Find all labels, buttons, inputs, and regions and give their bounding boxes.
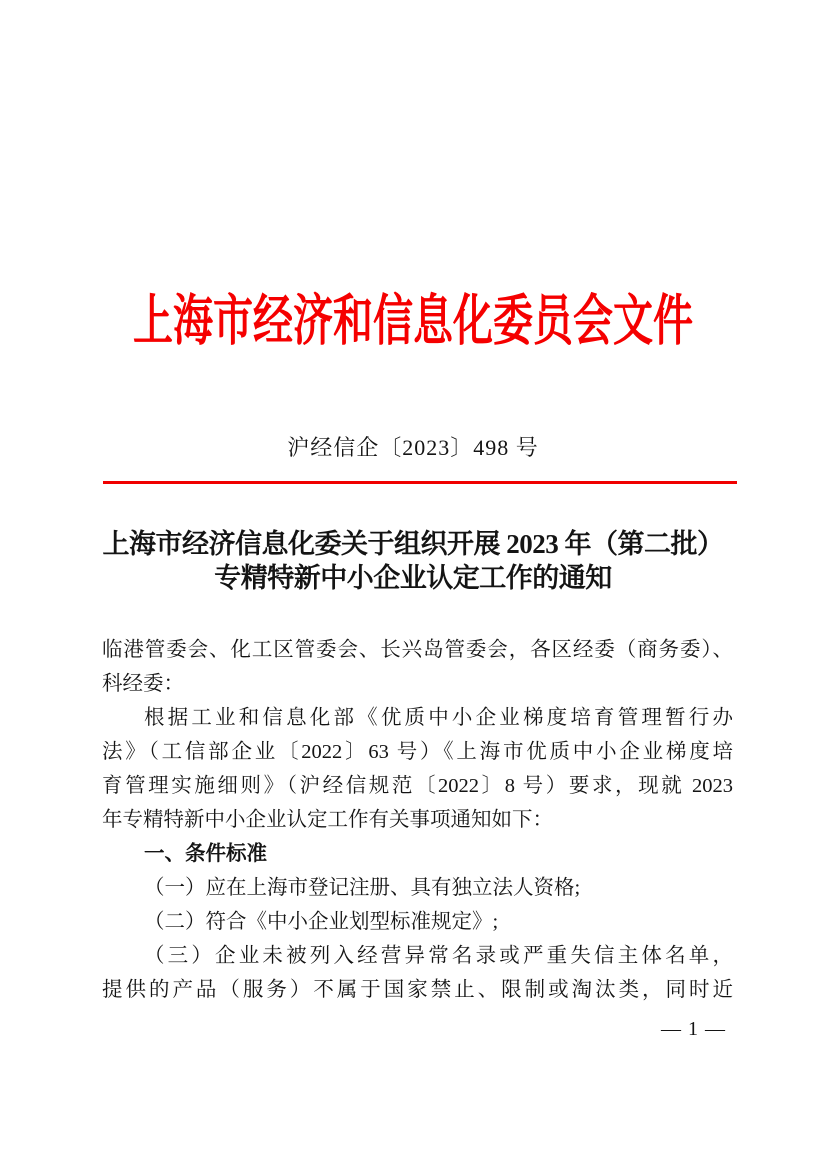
paragraph1-line-4: 年专精特新中小企业认定工作有关事项通知如下： — [102, 803, 733, 837]
section1-heading: 一、条件标准 — [102, 837, 733, 871]
paragraph1-line-1: 根据工业和信息化部《优质中小企业梯度培育管理暂行办 — [102, 701, 733, 735]
notice-title-line2: 专精特新中小企业认定工作的通知 — [0, 561, 826, 595]
section1-item2: （二）符合《中小企业划型标准规定》; — [102, 905, 733, 939]
section1-item1: （一）应在上海市登记注册、具有独立法人资格; — [102, 871, 733, 905]
salutation-line-2: 科经委： — [102, 667, 733, 701]
document-number: 沪经信企〔2023〕498 号 — [0, 433, 826, 463]
page-number: — 1 — — [661, 1016, 726, 1042]
notice-title-line1: 上海市经济信息化委关于组织开展 2023 年（第二批） — [0, 527, 826, 561]
notice-title: 上海市经济信息化委关于组织开展 2023 年（第二批） 专精特新中小企业认定工作… — [0, 527, 826, 595]
paragraph1-line-2: 法》（工信部企业〔2022〕63 号）《上海市优质中小企业梯度培 — [102, 735, 733, 769]
org-header-title: 上海市经济和信息化委员会文件 — [0, 291, 826, 352]
salutation-line-1: 临港管委会、化工区管委会、长兴岛管委会，各区经委（商务委）、 — [102, 633, 733, 667]
document-body: 临港管委会、化工区管委会、长兴岛管委会，各区经委（商务委）、 科经委： 根据工业… — [102, 633, 733, 1007]
section1-item3-line-1: （三）企业未被列入经营异常名录或严重失信主体名单， — [102, 939, 733, 973]
red-divider-line — [103, 481, 737, 484]
document-page: 上海市经济和信息化委员会文件 沪经信企〔2023〕498 号 上海市经济信息化委… — [0, 0, 826, 1169]
section1-item3-line-2: 提供的产品（服务）不属于国家禁止、限制或淘汰类，同时近 — [102, 973, 733, 1007]
paragraph1-line-3: 育管理实施细则》（沪经信规范〔2022〕8 号）要求，现就 2023 — [102, 769, 733, 803]
